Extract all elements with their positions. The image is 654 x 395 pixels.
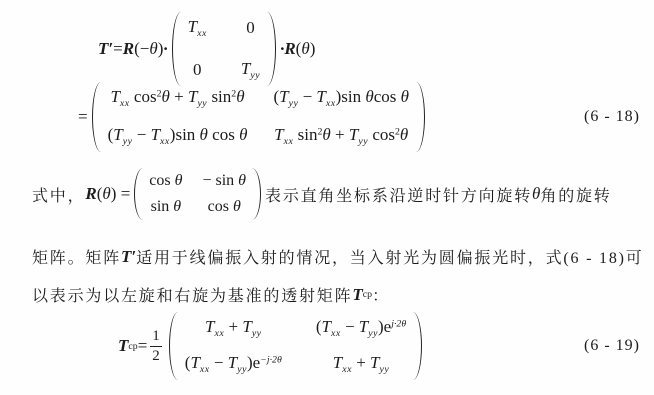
paragraph-line-2: 矩阵。矩阵 T′ 适用于线偏振入射的情况，当入射光为圆偏振光时，式(6 - 18…: [32, 245, 644, 268]
left-paren: [134, 168, 143, 220]
diagonal-matrix: Txx 0 0 Tyy: [172, 12, 276, 86]
para-line1-post: 表示直角坐标系沿逆时针方向旋转 θ 角的旋转: [265, 183, 612, 206]
para-line3-text: 以表示为以左旋和右旋为基准的透射矩阵 Tcp：: [32, 283, 390, 306]
matrix-cell: − sin θ: [202, 172, 246, 190]
textbook-page: T′ = R(− θ) · Txx 0 0 Tyy · R(θ) = Txx c…: [0, 0, 654, 395]
circular-polarization-matrix: Txx + Tyy (Txx − Tyy)ej·2θ (Txx − Tyy)e−…: [169, 312, 422, 380]
matrix-cell: (Tyy − Txx)sin θ cos θ: [108, 125, 248, 147]
para-line2-text: 矩阵。矩阵 T′ 适用于线偏振入射的情况，当入射光为圆偏振光时，式(6 - 18…: [32, 245, 644, 268]
matrix-cell: (Tyy − Txx)sin θcos θ: [273, 87, 409, 109]
fraction-denominator: 2: [150, 348, 162, 365]
equation-6-19: Tcp = 1 2 Txx + Tyy (Txx − Tyy)ej·2θ (Tx…: [118, 312, 640, 380]
matrix-cell: Txx + Tyy: [205, 317, 262, 339]
transmission-matrix-grid: Txx cos2θ + Tyy sin2θ (Tyy − Txx)sin θco…: [106, 84, 411, 150]
para-line1-pre: 式中，R(θ) =: [32, 183, 130, 206]
matrix-cell: Txx: [188, 17, 207, 39]
left-paren: [172, 12, 181, 86]
matrix-cell: (Txx − Tyy)e−j·2θ: [185, 353, 282, 375]
eq18-line1-lhs: T′ = R(− θ) ·: [98, 39, 168, 59]
eq19-lhs: Tcp =: [118, 336, 147, 356]
eq18-line1-rhs: · R(θ): [280, 39, 315, 59]
fraction-numerator: 1: [150, 328, 162, 345]
matrix-cell: Txx + Tyy: [333, 353, 390, 375]
equation-number-6-18: (6 - 18): [584, 108, 640, 126]
equation-6-18-line2: = Txx cos2θ + Tyy sin2θ (Tyy − Txx)sin θ…: [78, 82, 640, 152]
paragraph-line-1: 式中，R(θ) = cos θ − sin θ sin θ cos θ 表示直角…: [32, 168, 612, 220]
equation-6-18-line1: T′ = R(− θ) · Txx 0 0 Tyy · R(θ): [98, 12, 315, 86]
right-paren: [416, 82, 425, 152]
matrix-cell: cos θ: [149, 172, 182, 190]
right-paren: [413, 312, 422, 380]
matrix-cell: 0: [193, 60, 202, 80]
circular-polarization-matrix-grid: Txx + Tyy (Txx − Tyy)ej·2θ (Txx − Tyy)e−…: [183, 314, 408, 378]
rotation-matrix-grid: cos θ − sin θ sin θ cos θ: [148, 170, 247, 218]
right-paren: [252, 168, 261, 220]
rotation-matrix: cos θ − sin θ sin θ cos θ: [134, 168, 261, 220]
matrix-cell: Txx sin2θ + Tyy cos2θ: [274, 125, 408, 147]
fraction-bar: [150, 346, 162, 347]
matrix-cell: (Txx − Tyy)ej·2θ: [316, 317, 406, 339]
right-paren: [267, 12, 276, 86]
matrix-cell: Txx cos2θ + Tyy sin2θ: [110, 87, 244, 109]
left-paren: [169, 312, 178, 380]
matrix-cell: sin θ: [151, 198, 182, 216]
equals-sign: =: [78, 107, 88, 127]
one-half-fraction: 1 2: [150, 328, 162, 365]
matrix-cell: cos θ: [208, 198, 241, 216]
matrix-cell: Tyy: [241, 59, 260, 81]
matrix-cell: 0: [246, 18, 255, 38]
transmission-matrix: Txx cos2θ + Tyy sin2θ (Tyy − Txx)sin θco…: [92, 82, 425, 152]
left-paren: [92, 82, 101, 152]
paragraph-line-3: 以表示为以左旋和右旋为基准的透射矩阵 Tcp：: [32, 283, 390, 306]
diagonal-matrix-grid: Txx 0 0 Tyy: [186, 14, 262, 84]
equation-number-6-19: (6 - 19): [584, 337, 640, 355]
